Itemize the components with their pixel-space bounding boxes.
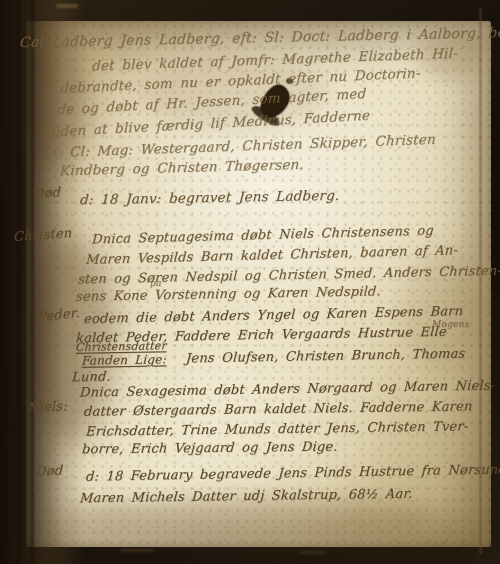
margin-note: Niels: [28, 399, 68, 416]
manuscript-correction: Fanden Lige: [82, 352, 168, 367]
margin-note: Død [36, 464, 64, 480]
interlinear-insertion: pa [150, 279, 162, 289]
frame-scuff [56, 4, 78, 8]
frame-scuff [300, 551, 326, 554]
manuscript-line: borre, Erich Vejgaard og Jens Dige. [81, 440, 338, 458]
binding-streak [31, 0, 34, 564]
pencil-mark: 13 [52, 150, 64, 160]
margin-note: Død [34, 185, 62, 201]
frame-scuff [120, 549, 154, 552]
interlinear-insertion: Mogens [432, 320, 469, 330]
manuscript-line: Lund. [71, 370, 111, 386]
binding-streak [17, 0, 20, 564]
register-page-photo: 13 Cai Ladberg Jens Ladberg, eft: Sl: Do… [0, 0, 500, 564]
